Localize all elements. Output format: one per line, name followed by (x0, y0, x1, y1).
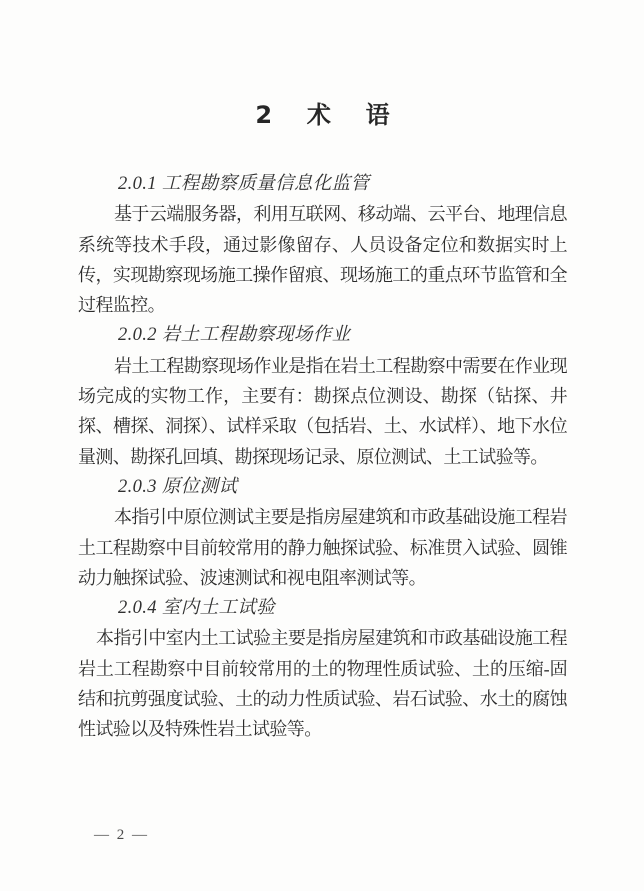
term-heading: 2.0.1 工程勘察质量信息化监管 (78, 169, 567, 199)
term-heading: 2.0.4 室内土工试验 (78, 593, 567, 623)
term-heading: 2.0.3 原位测试 (78, 472, 567, 502)
term-section: 2.0.4 室内土工试验 本指引中室内土工试验主要是指房屋建筑和市政基础设施工程… (78, 593, 567, 744)
term-section: 2.0.1 工程勘察质量信息化监管 基于云端服务器，利用互联网、移动端、云平台、… (78, 169, 567, 320)
term-definition: 本指引中室内土工试验主要是指房屋建筑和市政基础设施工程岩土工程勘察中目前较常用的… (78, 623, 567, 744)
term-definition: 基于云端服务器，利用互联网、移动端、云平台、地理信息系统等技术手段，通过影像留存… (78, 199, 567, 320)
document-page: 2 术 语 2.0.1 工程勘察质量信息化监管 基于云端服务器，利用互联网、移动… (0, 0, 644, 891)
term-section: 2.0.2 岩土工程勘察现场作业 岩土工程勘察现场作业是指在岩土工程勘察中需要在… (78, 320, 567, 471)
text-block: 2 术 语 2.0.1 工程勘察质量信息化监管 基于云端服务器，利用互联网、移动… (78, 0, 567, 745)
page-number: — 2 — (94, 827, 149, 844)
term-heading: 2.0.2 岩土工程勘察现场作业 (78, 320, 567, 350)
term-section: 2.0.3 原位测试 本指引中原位测试主要是指房屋建筑和市政基础设施工程岩土工程… (78, 472, 567, 593)
terms-sections: 2.0.1 工程勘察质量信息化监管 基于云端服务器，利用互联网、移动端、云平台、… (78, 169, 567, 745)
term-definition: 本指引中原位测试主要是指房屋建筑和市政基础设施工程岩土工程勘察中目前较常用的静力… (78, 502, 567, 593)
term-definition: 岩土工程勘察现场作业是指在岩土工程勘察中需要在作业现场完成的实物工作，主要有：勘… (78, 351, 567, 472)
chapter-title: 2 术 语 (78, 99, 567, 132)
